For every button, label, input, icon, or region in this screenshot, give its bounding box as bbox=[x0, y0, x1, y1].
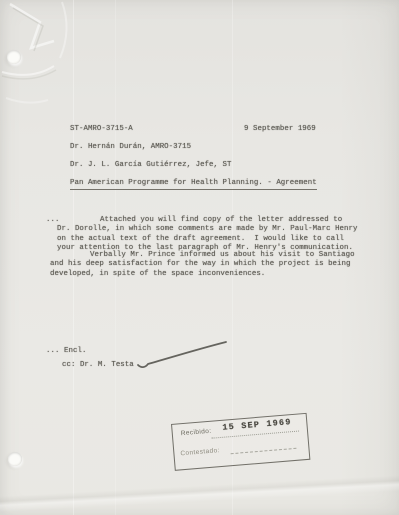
reference-number: ST-AMRO-3715-A bbox=[70, 125, 133, 133]
received-label: Recibido: bbox=[181, 428, 212, 437]
received-stamp: Recibido: 15 SEP 1969 Contestado: bbox=[171, 413, 310, 471]
answered-label: Contestado: bbox=[180, 447, 220, 457]
received-date: 15 SEP 1969 bbox=[222, 417, 292, 433]
punch-hole-bottom bbox=[8, 452, 22, 466]
answered-dash-line bbox=[231, 448, 297, 454]
paragraph-1-line: on the actual text of the draft agreemen… bbox=[0, 235, 399, 244]
punch-hole-top bbox=[7, 50, 21, 64]
handwritten-checkmark bbox=[134, 339, 230, 369]
paragraph-1-text: Dr. Dorolle, in which some comments are … bbox=[57, 225, 358, 233]
paper-crease-bottom bbox=[0, 468, 399, 514]
paragraph-2-text: Verbally Mr. Prince informed us about hi… bbox=[90, 251, 355, 259]
scanned-memo-page: ST-AMRO-3715-A 9 September 1969 Dr. Hern… bbox=[0, 0, 399, 515]
paragraph-2-line: and his deep satisfaction for the way in… bbox=[0, 260, 399, 269]
paragraph-1-text: Attached you will find copy of the lette… bbox=[100, 216, 342, 224]
cc-text: cc: Dr. M. Testa bbox=[62, 361, 134, 369]
margin-dots-top: ... bbox=[46, 216, 59, 224]
paragraph-2-text: and his deep satisfaction for the way in… bbox=[50, 260, 351, 268]
paragraph-1-line: ... Attached you will find copy of the l… bbox=[0, 216, 399, 225]
paragraph-1-line: Dr. Dorolle, in which some comments are … bbox=[0, 225, 399, 234]
margin-dots-bottom: ... bbox=[46, 347, 59, 355]
paragraph-2-text: developed, in spite of the space inconve… bbox=[50, 270, 265, 278]
paper-crease-marks bbox=[0, 0, 130, 140]
subject-line: Pan American Programme for Health Planni… bbox=[70, 179, 317, 190]
sender-line: Dr. J. L. García Gutiérrez, Jefe, ST bbox=[70, 161, 231, 169]
paragraph-2-line: developed, in spite of the space inconve… bbox=[0, 270, 399, 279]
recipient-line: Dr. Hernán Durán, AMRO-3715 bbox=[70, 143, 191, 151]
memo-date: 9 September 1969 bbox=[244, 125, 316, 133]
enclosure-note: Encl. bbox=[64, 347, 86, 355]
paragraph-2-line: Verbally Mr. Prince informed us about hi… bbox=[0, 251, 399, 260]
paragraph-1-text: on the actual text of the draft agreemen… bbox=[57, 235, 344, 243]
